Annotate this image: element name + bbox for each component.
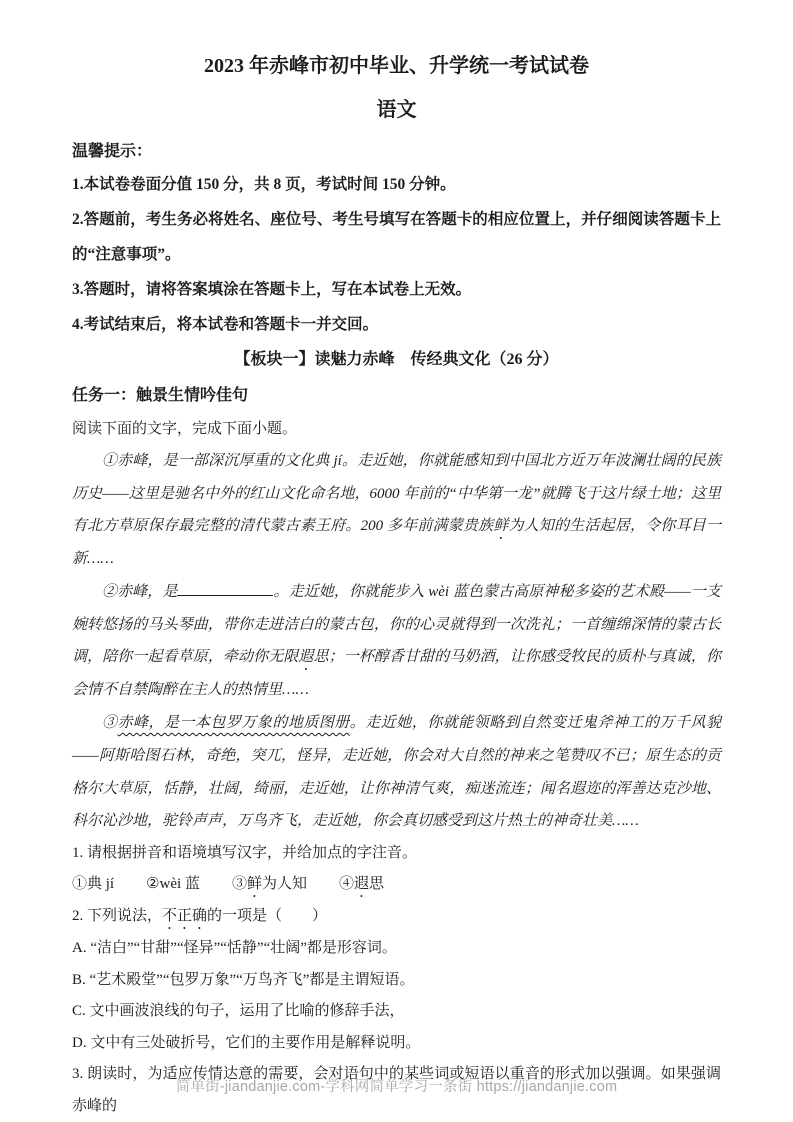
q1-item-4: ④遐思 — [339, 876, 384, 892]
watermark-footer: 简单街-jiandanjie.com-学科网简单学习一条街 https://ji… — [0, 1075, 793, 1096]
question-2-text: 2. 下列说法， — [72, 908, 162, 924]
question-2-emphasized: 不正确 — [162, 908, 207, 924]
question-2-text-end: 的一项是（ ） — [207, 908, 327, 924]
paragraph-3-number: ③ — [102, 715, 118, 731]
question-2: 2. 下列说法，不正确的一项是（ ） — [72, 901, 721, 933]
q1-item-3-number: ③ — [232, 876, 247, 892]
paragraph-3-text-end: 。走近她，你就能领略到自然变迁鬼斧神工的万千风貌——阿斯哈图石林，奇绝，突兀，怪… — [72, 715, 721, 829]
exam-paper-page: 2023 年赤峰市初中毕业、升学统一考试试卷 语文 温馨提示： 1.本试卷卷面分… — [0, 0, 793, 1122]
section-heading: 【板块一】读魅力赤峰 传经典文化（26 分） — [72, 342, 721, 377]
dotted-char-xian: 鲜 — [493, 518, 508, 534]
passage-paragraph-3: ③赤峰，是一本包罗万象的地质图册。走近她，你就能领略到自然变迁鬼斧神工的万千风貌… — [72, 707, 721, 838]
q1-item-3-rest: 为人知 — [262, 876, 307, 892]
notice-line-4: 4.考试结束后，将本试卷和答题卡一并交回。 — [72, 308, 721, 343]
option-c: C. 文中画波浪线的句子，运用了比喻的修辞手法， — [72, 996, 721, 1028]
passage-paragraph-2: ②赤峰，是。走近她，你就能步入 wèi 蓝色蒙古高原神秘多姿的艺术殿——一支婉转… — [72, 576, 721, 707]
option-d: D. 文中有三处破折号，它们的主要作用是解释说明。 — [72, 1028, 721, 1060]
notice-line-1: 1.本试卷卷面分值 150 分，共 8 页，考试时间 150 分钟。 — [72, 168, 721, 203]
passage-paragraph-1: ①赤峰，是一部深沉厚重的文化典 jí。走近她，你就能感知到中国北方近万年波澜壮阔… — [72, 445, 721, 576]
passage-intro: 阅读下面的文字，完成下面小题。 — [72, 413, 721, 445]
subject-title: 语文 — [72, 96, 721, 124]
notice-line-3: 3.答题时，请将答案填涂在答题卡上，写在本试卷上无效。 — [72, 273, 721, 308]
q1-item-4-dotted-char: 遐 — [354, 876, 369, 892]
question-1: 1. 请根据拼音和语境填写汉字，并给加点的字注音。 — [72, 838, 721, 870]
q1-item-2: ②wèi 蓝 — [146, 876, 200, 892]
paragraph-2-text: ②赤峰，是 — [102, 584, 177, 600]
dotted-char-xia: 遐 — [298, 649, 313, 665]
q1-item-4-rest: 思 — [369, 876, 384, 892]
wavy-underlined-sentence: 赤峰，是一本包罗万象的地质图册 — [118, 715, 350, 731]
notice-line-2: 2.答题前，考生务必将姓名、座位号、考生号填写在答题卡的相应位置上，并仔细阅读答… — [72, 203, 721, 273]
task-heading: 任务一：触景生情吟佳句 — [72, 378, 721, 413]
page-title: 2023 年赤峰市初中毕业、升学统一考试试卷 — [72, 52, 721, 80]
reading-passage: ①赤峰，是一部深沉厚重的文化典 jí。走近她，你就能感知到中国北方近万年波澜壮阔… — [72, 445, 721, 838]
q1-item-4-number: ④ — [339, 876, 354, 892]
option-a: A. “洁白”“甘甜”“怪异”“恬静”“壮阔”都是形容词。 — [72, 933, 721, 965]
q1-item-1: ①典 jí — [72, 876, 114, 892]
fill-in-blank-line — [177, 580, 273, 596]
option-b: B. “艺术殿堂”“包罗万象”“万鸟齐飞”都是主谓短语。 — [72, 965, 721, 997]
q1-item-3: ③鲜为人知 — [232, 876, 307, 892]
question-1-items: ①典 jí②wèi 蓝③鲜为人知④遐思 — [72, 869, 721, 901]
notice-heading: 温馨提示： — [72, 136, 721, 168]
q1-item-3-dotted-char: 鲜 — [247, 876, 262, 892]
